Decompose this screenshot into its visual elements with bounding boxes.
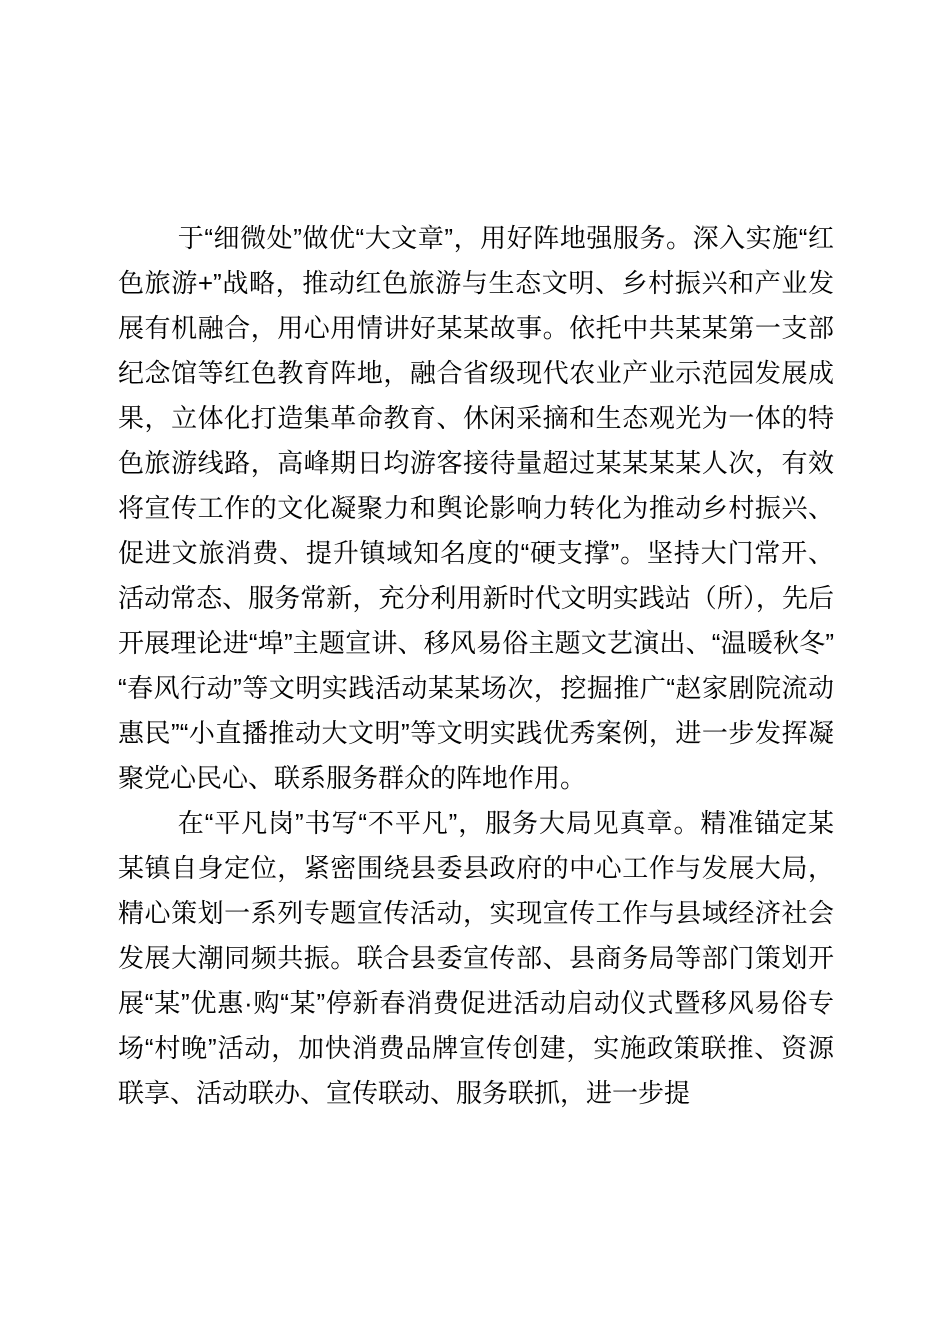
document-page: 于“细微处”做优“大文章”，用好阵地强服务。深入实施“红色旅游+”战略，推动红色… (0, 0, 950, 1344)
paragraph-1: 于“细微处”做优“大文章”，用好阵地强服务。深入实施“红色旅游+”战略，推动红色… (118, 216, 834, 801)
paragraph-2: 在“平凡岗”书写“不平凡”，服务大局见真章。精准锚定某某镇自身定位，紧密围绕县委… (118, 801, 834, 1116)
document-body: 于“细微处”做优“大文章”，用好阵地强服务。深入实施“红色旅游+”战略，推动红色… (118, 216, 834, 1116)
